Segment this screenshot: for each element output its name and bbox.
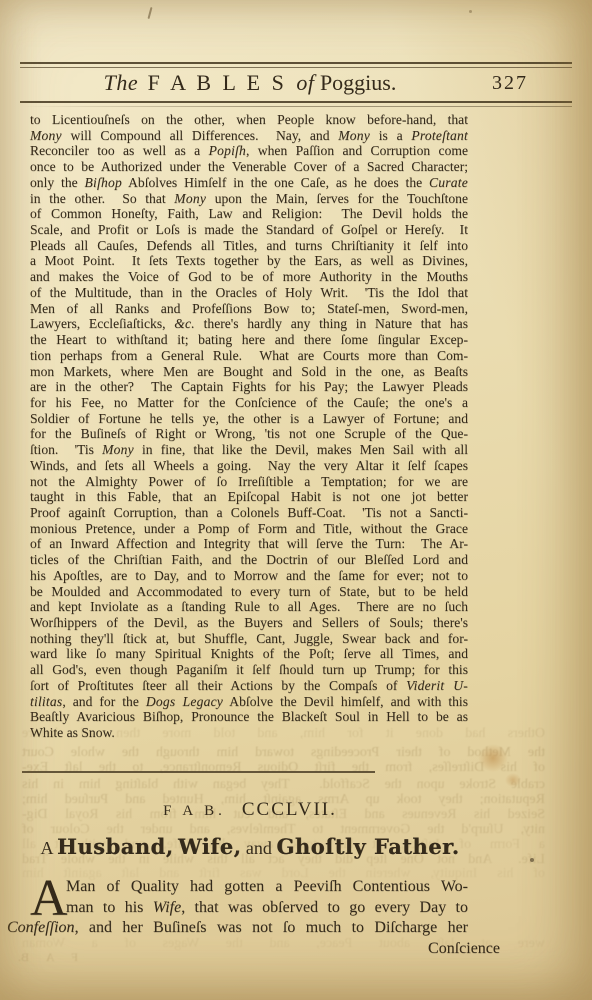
reflection-line: a Moot Point. It ſets Texts together by …: [30, 253, 468, 269]
reflection-line: the Heart to withſtand it; bating here a…: [30, 332, 468, 348]
reflection-line: of Common Honeſty, Faith, Law and Religi…: [30, 206, 468, 222]
header-rule-bottom: [20, 101, 572, 103]
fable-title-part: A: [41, 838, 58, 858]
reflection-line: ticles of the Chriſtian Faith, and the D…: [30, 552, 468, 568]
book-page-scan: Others had done it for him, and told mor…: [0, 0, 592, 1000]
reflection-line: tion perhaps from a General Rule. What a…: [30, 348, 468, 364]
fable-numeral: CCCLVII.: [242, 799, 337, 820]
running-title: The F A B L E S of Poggius.: [30, 70, 470, 96]
reflection-line: of an Inward Affection and Integrity tha…: [30, 536, 468, 552]
fable-line: man to his Wife, that was obſerved to go…: [30, 898, 468, 919]
fable-title-part: Ghoſtly Father.: [276, 834, 459, 859]
reflection-line: once to be Authorized under the Venerabl…: [30, 159, 468, 175]
reflection-line: Scale, and Profit or Loſs is made the St…: [30, 222, 468, 238]
foxing-spot-small: [505, 773, 521, 787]
reflection-line: Beaſtly Avaricious Biſhop, Pronounce the…: [30, 709, 468, 725]
reflection-line: are in the other? The Captain Fights for…: [30, 379, 468, 395]
reflection-line: Lawyers, Eccleſiaſticks, &c. there's har…: [30, 316, 468, 332]
reflection-line: tilitas, and for the Dogs Legacy Abſolve…: [30, 694, 468, 710]
reflection-line: White as Snow.: [30, 725, 468, 741]
fable-title: A Husband, Wife, and Ghoſtly Father.: [20, 834, 480, 859]
paper-speck: [469, 10, 472, 13]
fable-label: F A B.: [163, 803, 226, 819]
catchword: Conſcience: [30, 939, 500, 960]
reflection-line: and makes the Voice of God to be of more…: [30, 269, 468, 285]
reflection-line: Men of all Ranks and Profeſſions Bow to;…: [30, 301, 468, 317]
reflection-line: and kept Inviolate as a ſtanding Rule to…: [30, 599, 468, 615]
fable-title-part: and: [241, 838, 276, 858]
reflection-line: for his Fee, no Matter for the Conſcienc…: [30, 395, 468, 411]
reflection-line: to Licentiouſneſs on the other, when Peo…: [30, 112, 468, 128]
fable-paragraph-lines: Man of Quality had gotten a Peeviſh Cont…: [30, 877, 468, 918]
reflection-line: taught in this Fable, that an Epiſcopal …: [30, 489, 468, 505]
fable-paragraph: A Man of Quality had gotten a Peeviſh Co…: [30, 877, 468, 959]
reflection-line: nothing they'll ſtick at, but Shuffle, C…: [30, 631, 468, 647]
running-title-the: The: [104, 70, 139, 95]
reflection-line: Pleads all Cauſes, Defends all Titles, a…: [30, 238, 468, 254]
reflection-line: Worſhippers of the Devil, as the Buyers …: [30, 615, 468, 631]
fable-line: Man of Quality had gotten a Peeviſh Cont…: [30, 877, 468, 898]
reflection-line: not the Almighty Power of ſo Irreſiſtibl…: [30, 474, 468, 490]
reflection-line: monious Pretence, under a Pomp of Form a…: [30, 521, 468, 537]
fable-line-full: Confeſſion, and her Buſineſs was not ſo …: [7, 918, 468, 939]
reflection-line: ward like ſo many Spiritual Knights of t…: [30, 646, 468, 662]
drop-cap: A: [30, 877, 66, 918]
fable-title-part: Wife,: [178, 834, 241, 859]
page-number: 327: [492, 72, 528, 95]
bleedthrough-line: the Method of their Proceedings toward h…: [22, 745, 545, 760]
bleedthrough-line: crable Stroke upon the Scaffold. They be…: [22, 777, 545, 792]
reflection-line: mon Markets, where Men are Bought and So…: [30, 364, 468, 380]
reflection-line: in the other. So that Mony upon the Main…: [30, 191, 468, 207]
reflection-line: Proof againſt Corruption, than a Colonel…: [30, 505, 468, 521]
reflection-line: his Apoſtles, are to Day, and to Morrow …: [30, 568, 468, 584]
running-title-main: F A B L E S: [148, 70, 287, 95]
running-title-author: Poggius.: [320, 70, 396, 95]
fable-title-part: Husband,: [57, 834, 174, 859]
reflection-line: only the Biſhop Abſolves Himſelf in the …: [30, 175, 468, 191]
pen-mark: [147, 7, 152, 19]
reflection-line: be Moulded and Accommodated to every tur…: [30, 584, 468, 600]
reflection-line: Mony will Compound all Differences. Nay,…: [30, 128, 468, 144]
header-rule-bottom-thin: [20, 106, 572, 107]
foxing-spot-large: [478, 744, 508, 772]
running-title-of: of: [296, 70, 314, 95]
reflection-line: Reconciler too as well as a Popiſh, when…: [30, 143, 468, 159]
reflection-line: all God's, even though Paganiſm it ſelf …: [30, 662, 468, 678]
reflection-line: of the Multitude, than in the Oracles of…: [30, 285, 468, 301]
reflection-line: ſort of Proſtitutes ſteer all their Acti…: [30, 678, 468, 694]
reflection-line: Soldier of Fortune he tells ye, the othe…: [30, 411, 468, 427]
fable-separator-rule: [22, 771, 375, 773]
reflection-line: for the Buſineſs of Right or Wrong, 'tis…: [30, 426, 468, 442]
ink-speck: [530, 858, 534, 862]
header-rule-top-thin: [20, 67, 572, 68]
reflection-line: ſtion. 'Tis Mony in fine, that like the …: [30, 442, 468, 458]
header-rule-top: [20, 62, 572, 64]
fable-number-heading: F A B.CCCLVII.: [30, 799, 470, 821]
reflection-line: Winds, and ſets all Wheels a going. Nay …: [30, 458, 468, 474]
reflection-text: to Licentiouſneſs on the other, when Peo…: [30, 112, 468, 741]
